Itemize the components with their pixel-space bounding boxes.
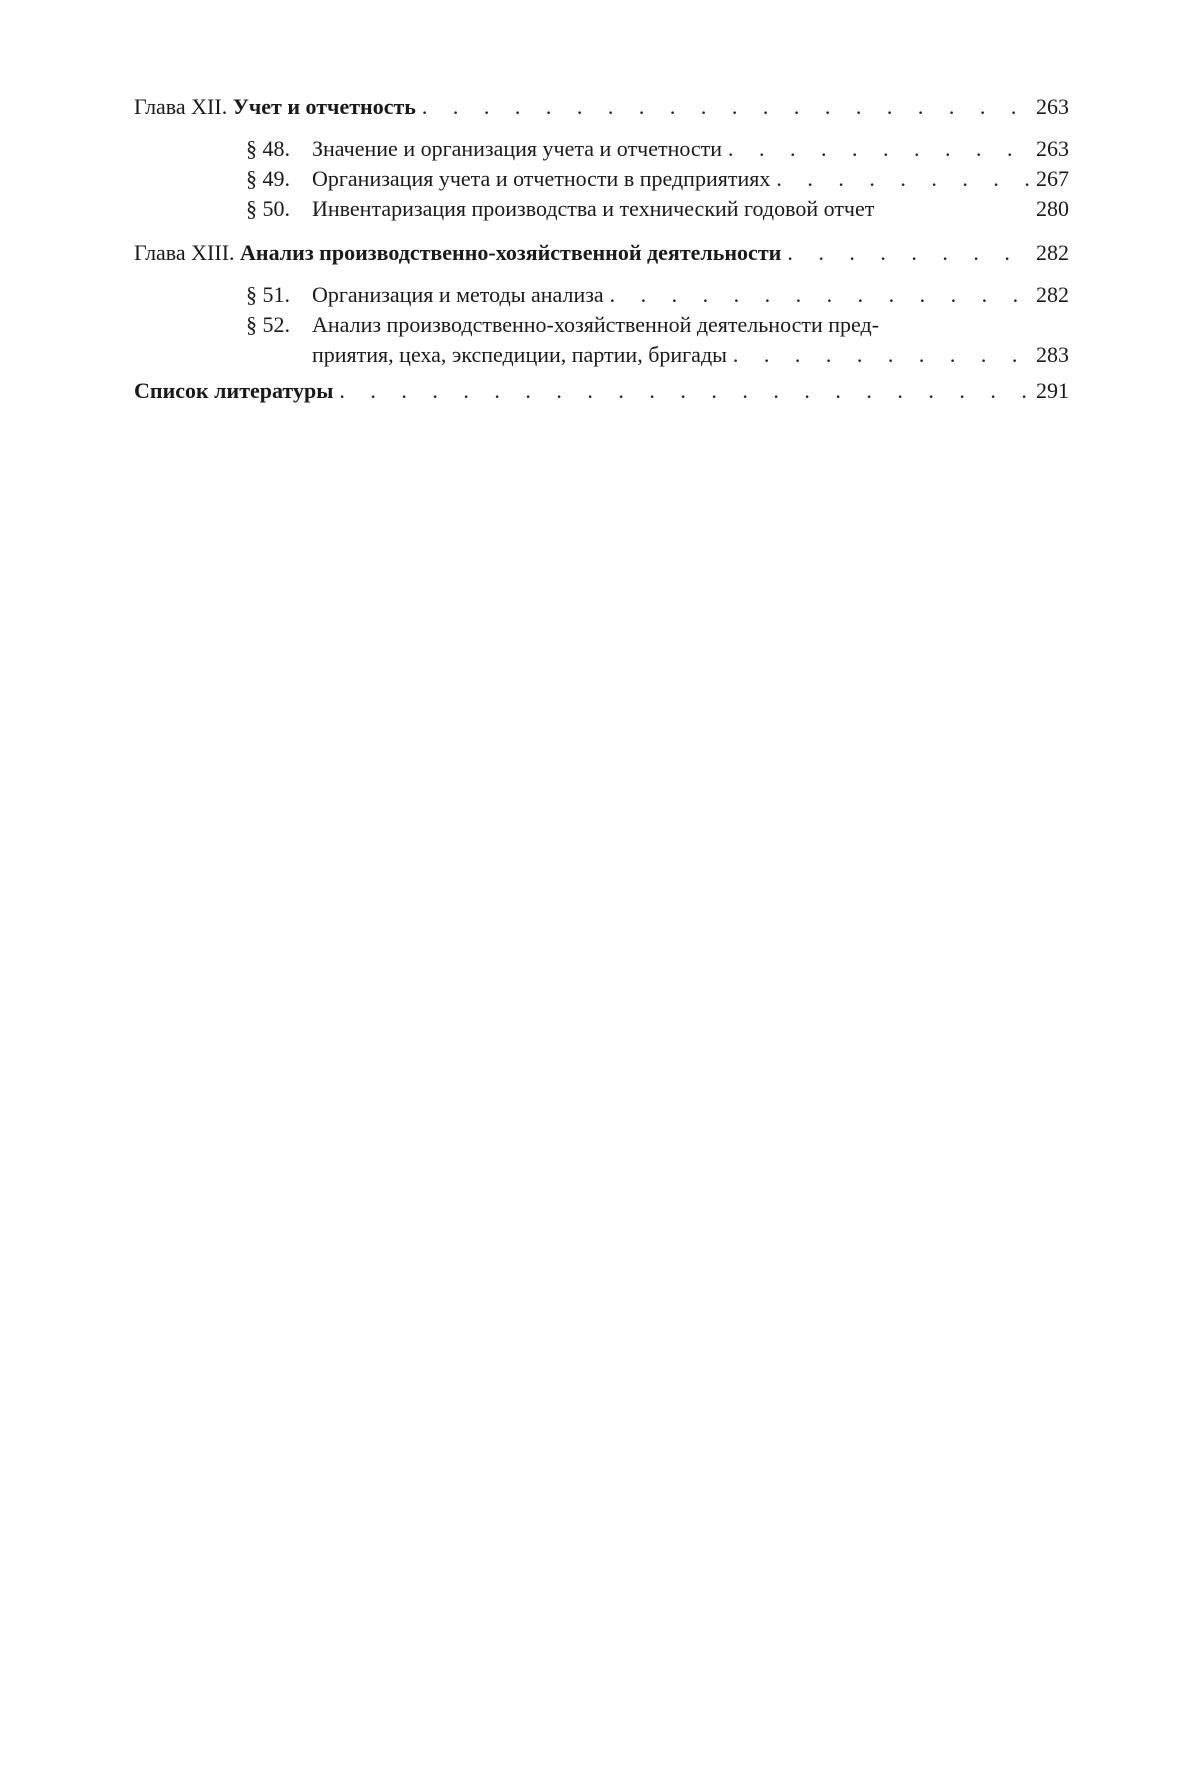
toc-chapter-13[interactable]: Глава XIII. Анализ производственно-хозяй… <box>134 238 1069 268</box>
dot-leader <box>727 340 1033 370</box>
page-number: 282 <box>1033 280 1069 310</box>
toc-section-52-continued[interactable]: приятия, цеха, экспедиции, партии, брига… <box>134 340 1069 370</box>
bibliography-title: Список литературы <box>134 378 333 403</box>
toc-bibliography[interactable]: Список литературы 291 <box>134 376 1069 406</box>
section-title-line1: Анализ производственно-хозяйственной дея… <box>312 310 879 340</box>
section-number: § 52. <box>246 310 312 340</box>
section-title: Организация учета и отчетности в предпри… <box>312 164 770 194</box>
page-number: 280 <box>1033 194 1069 224</box>
dot-leader <box>770 164 1033 194</box>
section-title: Организация и методы анализа <box>312 280 604 310</box>
toc-section-50[interactable]: § 50. Инвентаризация производства и техн… <box>134 194 1069 224</box>
section-number: § 48. <box>246 134 312 164</box>
chapter-label: Глава XII. <box>134 94 227 119</box>
page-number: 291 <box>1033 376 1069 406</box>
chapter-title: Анализ производственно-хозяйственной дея… <box>240 240 781 265</box>
toc-section-51[interactable]: § 51. Организация и методы анализа 282 <box>134 280 1069 310</box>
toc-chapter-12[interactable]: Глава XII. Учет и отчетность 263 <box>134 92 1069 122</box>
section-number: § 49. <box>246 164 312 194</box>
toc-section-49[interactable]: § 49. Организация учета и отчетности в п… <box>134 164 1069 194</box>
section-title: Значение и организация учета и отчетност… <box>312 134 722 164</box>
page-number: 263 <box>1033 92 1069 122</box>
page-number: 267 <box>1033 164 1069 194</box>
table-of-contents: Глава XII. Учет и отчетность 263 § 48. З… <box>134 92 1069 406</box>
dot-leader <box>781 238 1033 268</box>
toc-section-52[interactable]: § 52. Анализ производственно-хозяйственн… <box>134 310 1069 340</box>
section-number: § 50. <box>246 194 312 224</box>
dot-leader <box>604 280 1033 310</box>
section-number: § 51. <box>246 280 312 310</box>
chapter-title: Учет и отчетность <box>233 94 416 119</box>
page-number: 283 <box>1033 340 1069 370</box>
section-title-line2: приятия, цеха, экспедиции, партии, брига… <box>312 340 727 370</box>
page-number: 282 <box>1033 238 1069 268</box>
chapter-label: Глава XIII. <box>134 240 235 265</box>
section-title: Инвентаризация производства и технически… <box>312 194 874 224</box>
dot-leader <box>416 92 1033 122</box>
toc-section-48[interactable]: § 48. Значение и организация учета и отч… <box>134 134 1069 164</box>
dot-leader <box>722 134 1033 164</box>
page-number: 263 <box>1033 134 1069 164</box>
dot-leader <box>333 376 1033 406</box>
